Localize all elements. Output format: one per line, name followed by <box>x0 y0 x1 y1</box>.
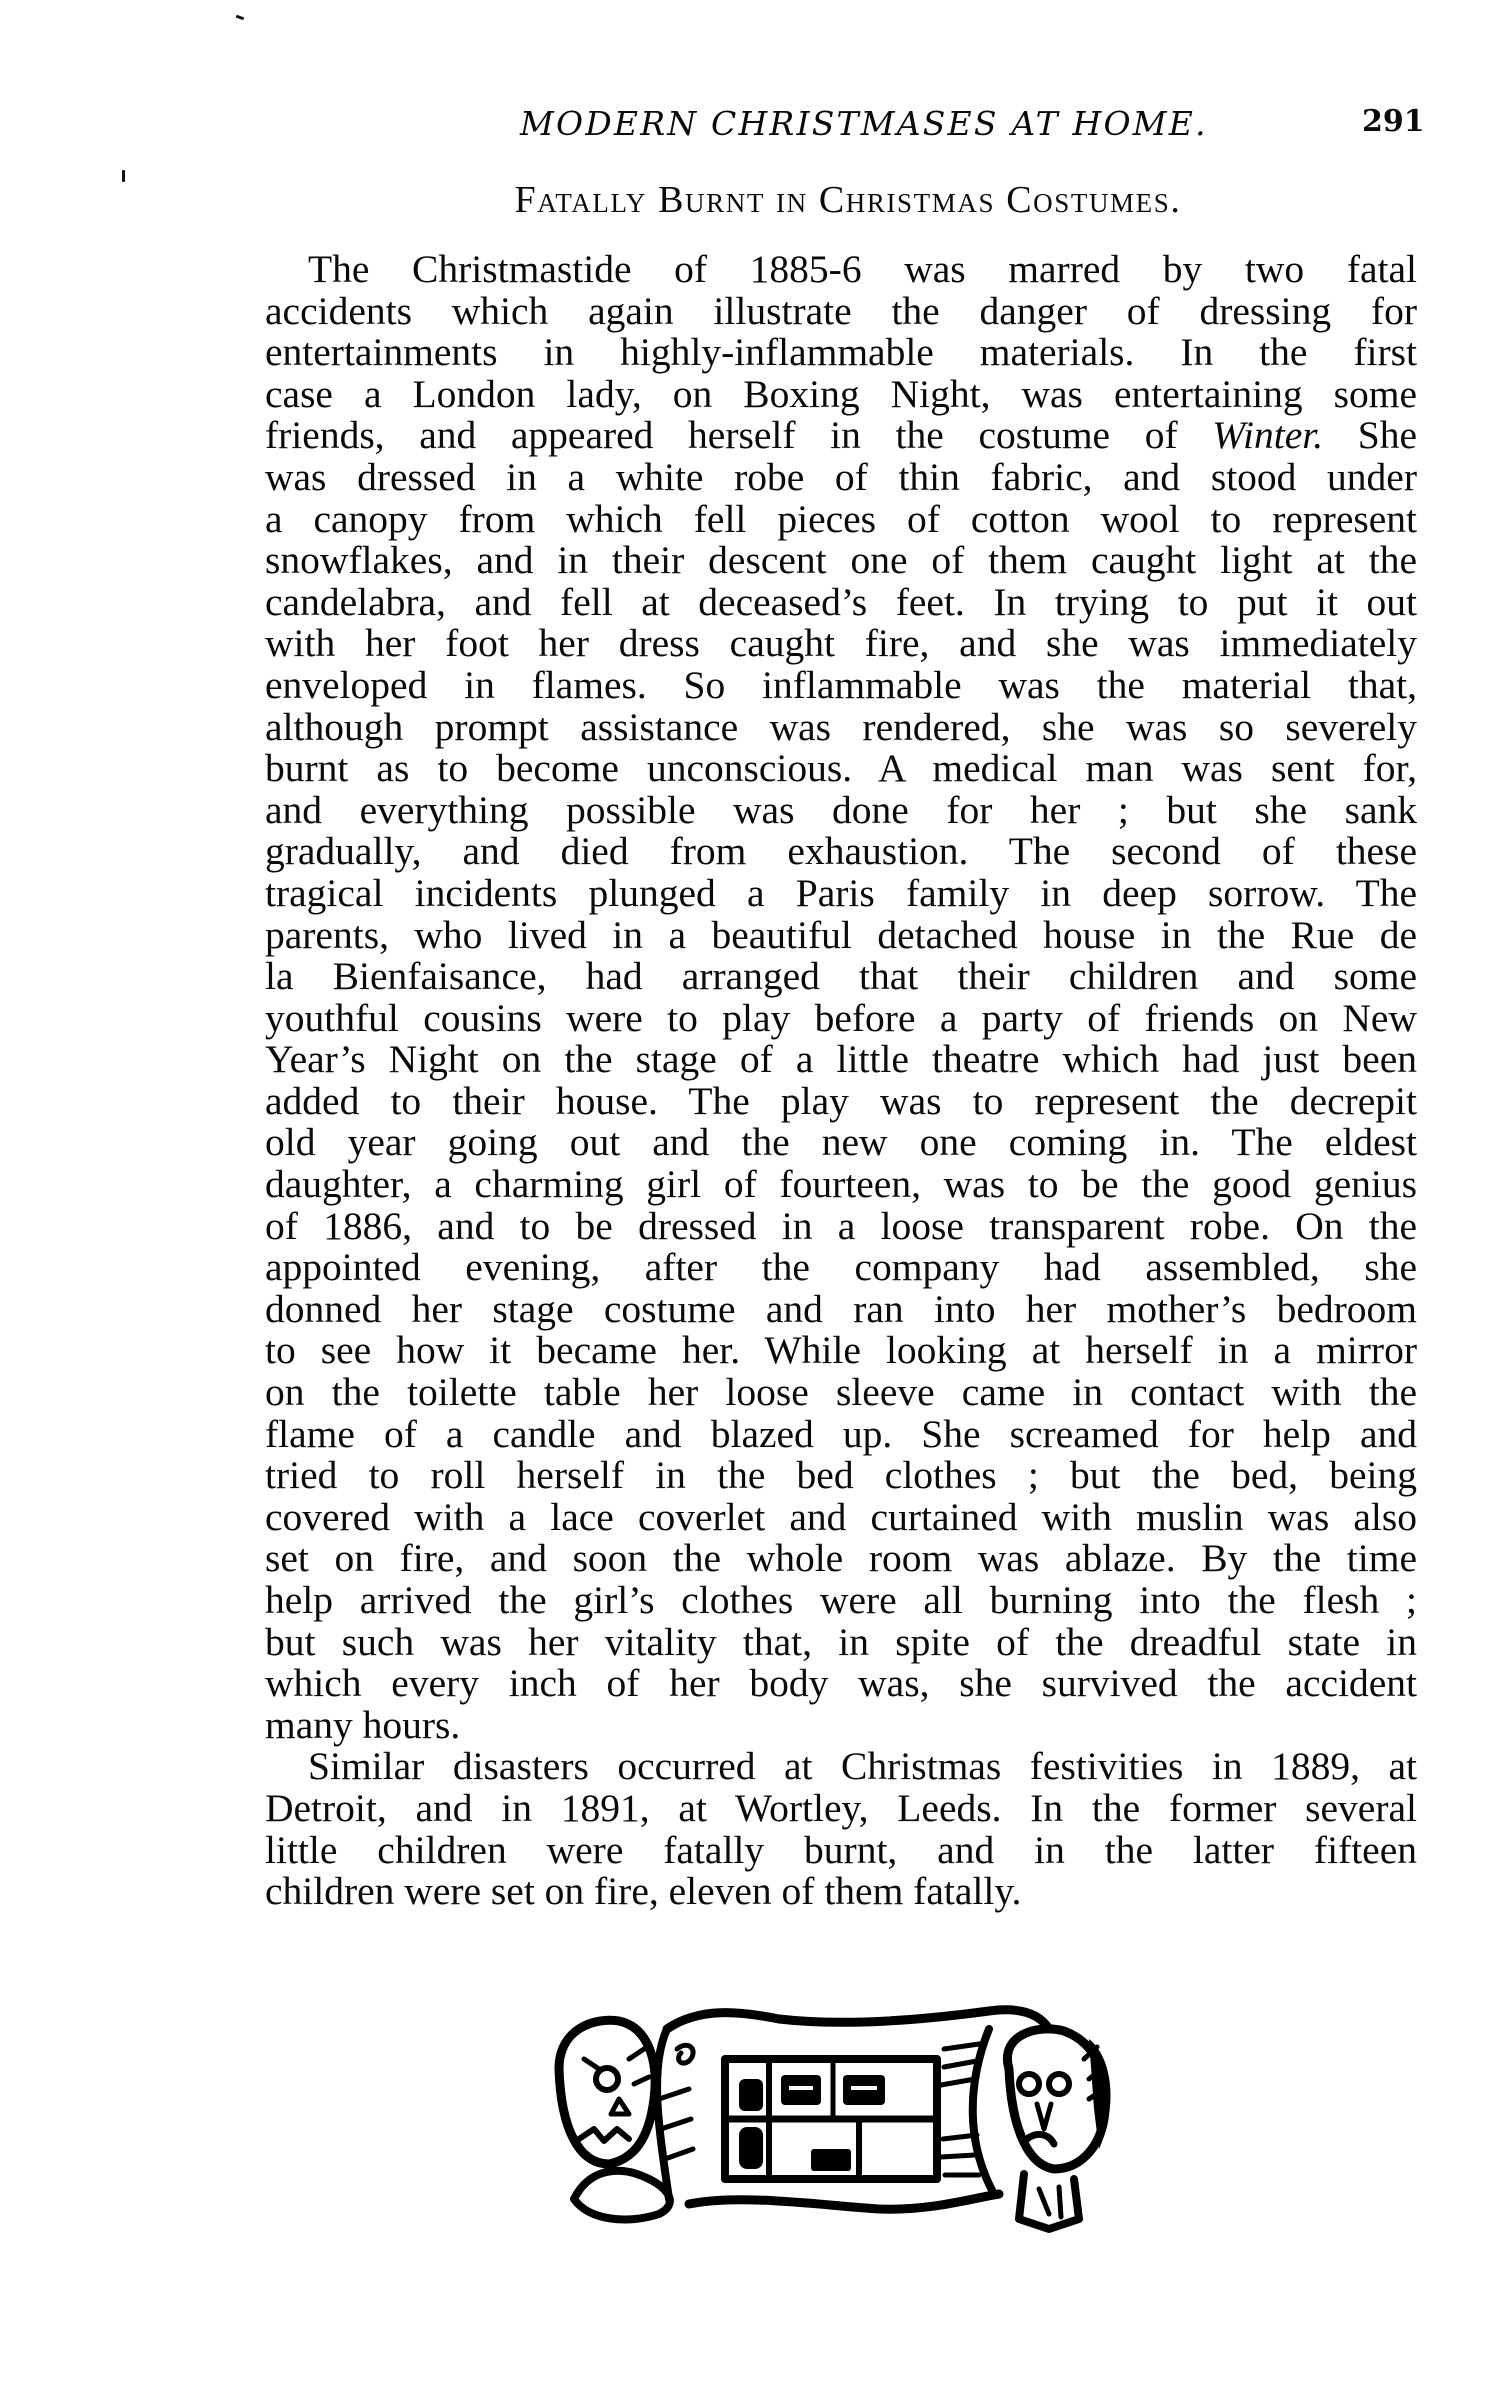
text-line: a canopy from which fell pieces of cotto… <box>265 499 1417 541</box>
text-line: appointed evening, after the company had… <box>265 1247 1417 1289</box>
text-line: daughter, a charming girl of fourteen, w… <box>265 1164 1417 1206</box>
section-title: Fatally Burnt in Christmas Costumes. <box>462 178 1234 222</box>
text-line: donned her stage costume and ran into he… <box>265 1289 1417 1331</box>
text-line: children were set on fire, eleven of the… <box>265 1871 1417 1913</box>
text-line: many hours. <box>265 1705 1417 1747</box>
text-line: snowflakes, and in their descent one of … <box>265 540 1417 582</box>
scan-speck <box>122 170 125 182</box>
italic-term: Winter. <box>1212 413 1323 457</box>
page-number: 291 <box>1362 96 1422 148</box>
body-text: The Christmastide of 1885-6 was marred b… <box>265 249 1417 1913</box>
paragraph: The Christmastide of 1885-6 was marred b… <box>265 249 1417 1746</box>
text-line: Year’s Night on the stage of a little th… <box>265 1039 1417 1081</box>
text-line: accidents which again illustrate the dan… <box>265 291 1417 333</box>
text-line: old year going out and the new one comin… <box>265 1122 1417 1164</box>
text-line: to see how it became her. While looking … <box>265 1330 1417 1372</box>
text-fragment: friends, and appeared herself in the cos… <box>265 413 1178 457</box>
text-line: parents, who lived in a beautiful detach… <box>265 915 1417 957</box>
text-line: added to their house. The play was to re… <box>265 1081 1417 1123</box>
text-line: which every inch of her body was, she su… <box>265 1663 1417 1705</box>
text-line: friends, and appeared herself in the cos… <box>265 415 1417 457</box>
text-line: on the toilette table her loose sleeve c… <box>265 1372 1417 1414</box>
text-line: flame of a candle and blazed up. She scr… <box>265 1414 1417 1456</box>
text-line: enveloped in flames. So inflammable was … <box>265 665 1417 707</box>
text-line: of 1886, and to be dressed in a loose tr… <box>265 1206 1417 1248</box>
text-line: Similar disasters occurred at Christmas … <box>265 1746 1417 1788</box>
text-line: with her foot her dress caught fire, and… <box>265 623 1417 665</box>
text-line: was dressed in a white robe of thin fabr… <box>265 457 1417 499</box>
text-line: tragical incidents plunged a Paris famil… <box>265 873 1417 915</box>
text-line: gradually, and died from exhaustion. The… <box>265 831 1417 873</box>
text-line: candelabra, and fell at deceased’s feet.… <box>265 582 1417 624</box>
text-line: tried to roll herself in the bed clothes… <box>265 1455 1417 1497</box>
book-page: MODERN CHRISTMASES AT HOME. 291 Fatally … <box>0 0 1500 2387</box>
text-line: Detroit, and in 1891, at Wortley, Leeds.… <box>265 1788 1417 1830</box>
text-line: set on fire, and soon the whole room was… <box>265 1538 1417 1580</box>
text-line: la Bienfaisance, had arranged that their… <box>265 956 1417 998</box>
text-line: but such was her vitality that, in spite… <box>265 1622 1417 1664</box>
text-line: entertainments in highly-inflammable mat… <box>265 332 1417 374</box>
paragraph: Similar disasters occurred at Christmas … <box>265 1746 1417 1912</box>
text-line: youthful cousins were to play before a p… <box>265 998 1417 1040</box>
running-head: MODERN CHRISTMASES AT HOME. <box>520 98 1180 150</box>
text-line: although prompt assistance was rendered,… <box>265 707 1417 749</box>
text-line: case a London lady, on Boxing Night, was… <box>265 374 1417 416</box>
scan-speck <box>236 15 245 21</box>
skeletons-holding-scroll-tailpiece-icon <box>549 1989 1116 2239</box>
text-fragment: She <box>1358 413 1417 457</box>
text-line: and everything possible was done for her… <box>265 790 1417 832</box>
text-line: little children were fatally burnt, and … <box>265 1830 1417 1872</box>
text-line: The Christmastide of 1885-6 was marred b… <box>265 249 1417 291</box>
text-line: covered with a lace coverlet and curtain… <box>265 1497 1417 1539</box>
text-line: help arrived the girl’s clothes were all… <box>265 1580 1417 1622</box>
text-line: burnt as to become unconscious. A medica… <box>265 748 1417 790</box>
